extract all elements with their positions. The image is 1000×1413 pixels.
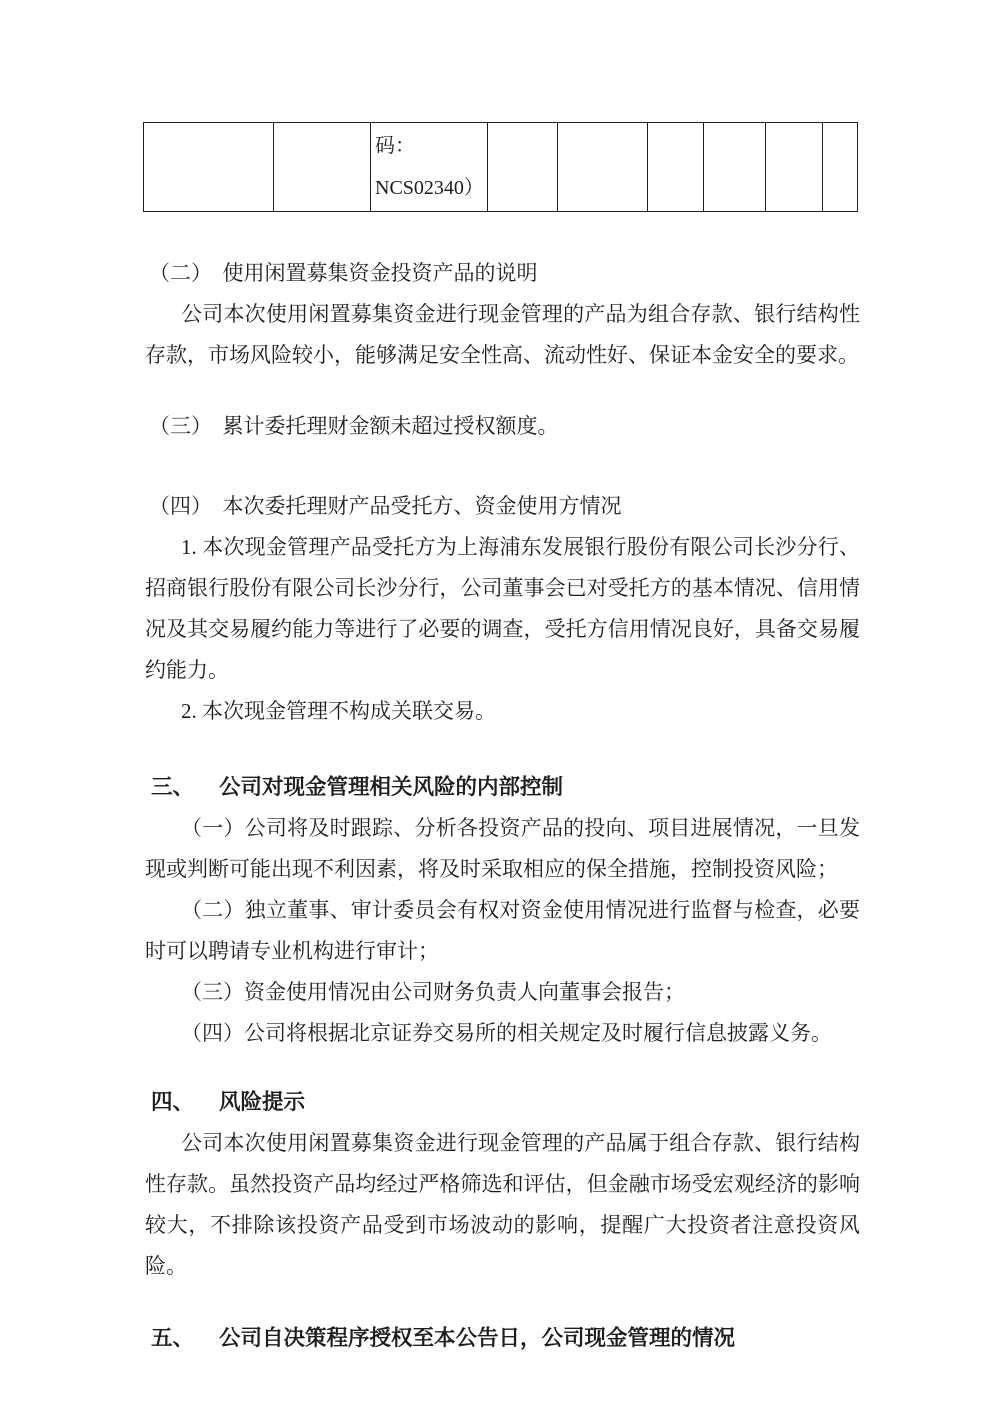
table-cell (488, 123, 558, 212)
section5-heading: 五、公司自决策程序授权至本公告日，公司现金管理的情况 (151, 1318, 860, 1359)
section2-item-quota: （三） 累计委托理财金额未超过授权额度。 (149, 406, 860, 447)
products-paragraph: 公司本次使用闲置募集资金进行现金管理的产品为组合存款、银行结构性存款，市场风险较… (145, 294, 860, 376)
table-cell (144, 123, 274, 212)
risk-paragraph: 公司本次使用闲置募集资金进行现金管理的产品属于组合存款、银行结构性存款。虽然投资… (145, 1123, 860, 1287)
trustee-paragraph: 1. 本次现金管理产品受托方为上海浦东发展银行股份有限公司长沙分行、招商银行股份… (145, 527, 860, 691)
section3-title: 公司对现金管理相关风险的内部控制 (219, 775, 563, 799)
section4-title: 风险提示 (219, 1090, 305, 1114)
table-cell (823, 123, 858, 212)
table-row: 码： NCS02340） (144, 123, 858, 212)
section5-number: 五、 (151, 1318, 219, 1359)
table-cell (558, 123, 648, 212)
section4-heading: 四、风险提示 (151, 1082, 860, 1123)
document-content: 码： NCS02340） （二） 使用闲置募集资金投资产品的说明 公司本次使用闲… (145, 0, 860, 1359)
section5-title: 公司自决策程序授权至本公告日，公司现金管理的情况 (219, 1326, 735, 1350)
internal-control-item-1: （一）公司将及时跟踪、分析各投资产品的投向、项目进展情况，一旦发现或判断可能出现… (145, 808, 860, 890)
related-transaction-paragraph: 2. 本次现金管理不构成关联交易。 (145, 691, 860, 732)
table-cell (766, 123, 823, 212)
section3-heading: 三、公司对现金管理相关风险的内部控制 (151, 767, 860, 808)
continuation-table: 码： NCS02340） (143, 122, 858, 212)
table-cell (704, 123, 766, 212)
product-code-value: 码： NCS02340） (375, 135, 484, 199)
section2-item-trustee: （四） 本次委托理财产品受托方、资金使用方情况 (149, 486, 860, 527)
table-cell: 码： NCS02340） (371, 123, 488, 212)
table-cell (274, 123, 371, 212)
internal-control-item-3: （三）资金使用情况由公司财务负责人向董事会报告； (145, 972, 860, 1013)
internal-control-item-4: （四）公司将根据北京证券交易所的相关规定及时履行信息披露义务。 (145, 1013, 860, 1054)
section4-number: 四、 (151, 1082, 219, 1123)
internal-control-item-2: （二）独立董事、审计委员会有权对资金使用情况进行监督与检查，必要时可以聘请专业机… (145, 890, 860, 972)
section2-item-explanation: （二） 使用闲置募集资金投资产品的说明 (149, 253, 860, 294)
table-cell (648, 123, 704, 212)
section3-number: 三、 (151, 767, 219, 808)
document-page: 码： NCS02340） （二） 使用闲置募集资金投资产品的说明 公司本次使用闲… (0, 0, 1000, 1413)
